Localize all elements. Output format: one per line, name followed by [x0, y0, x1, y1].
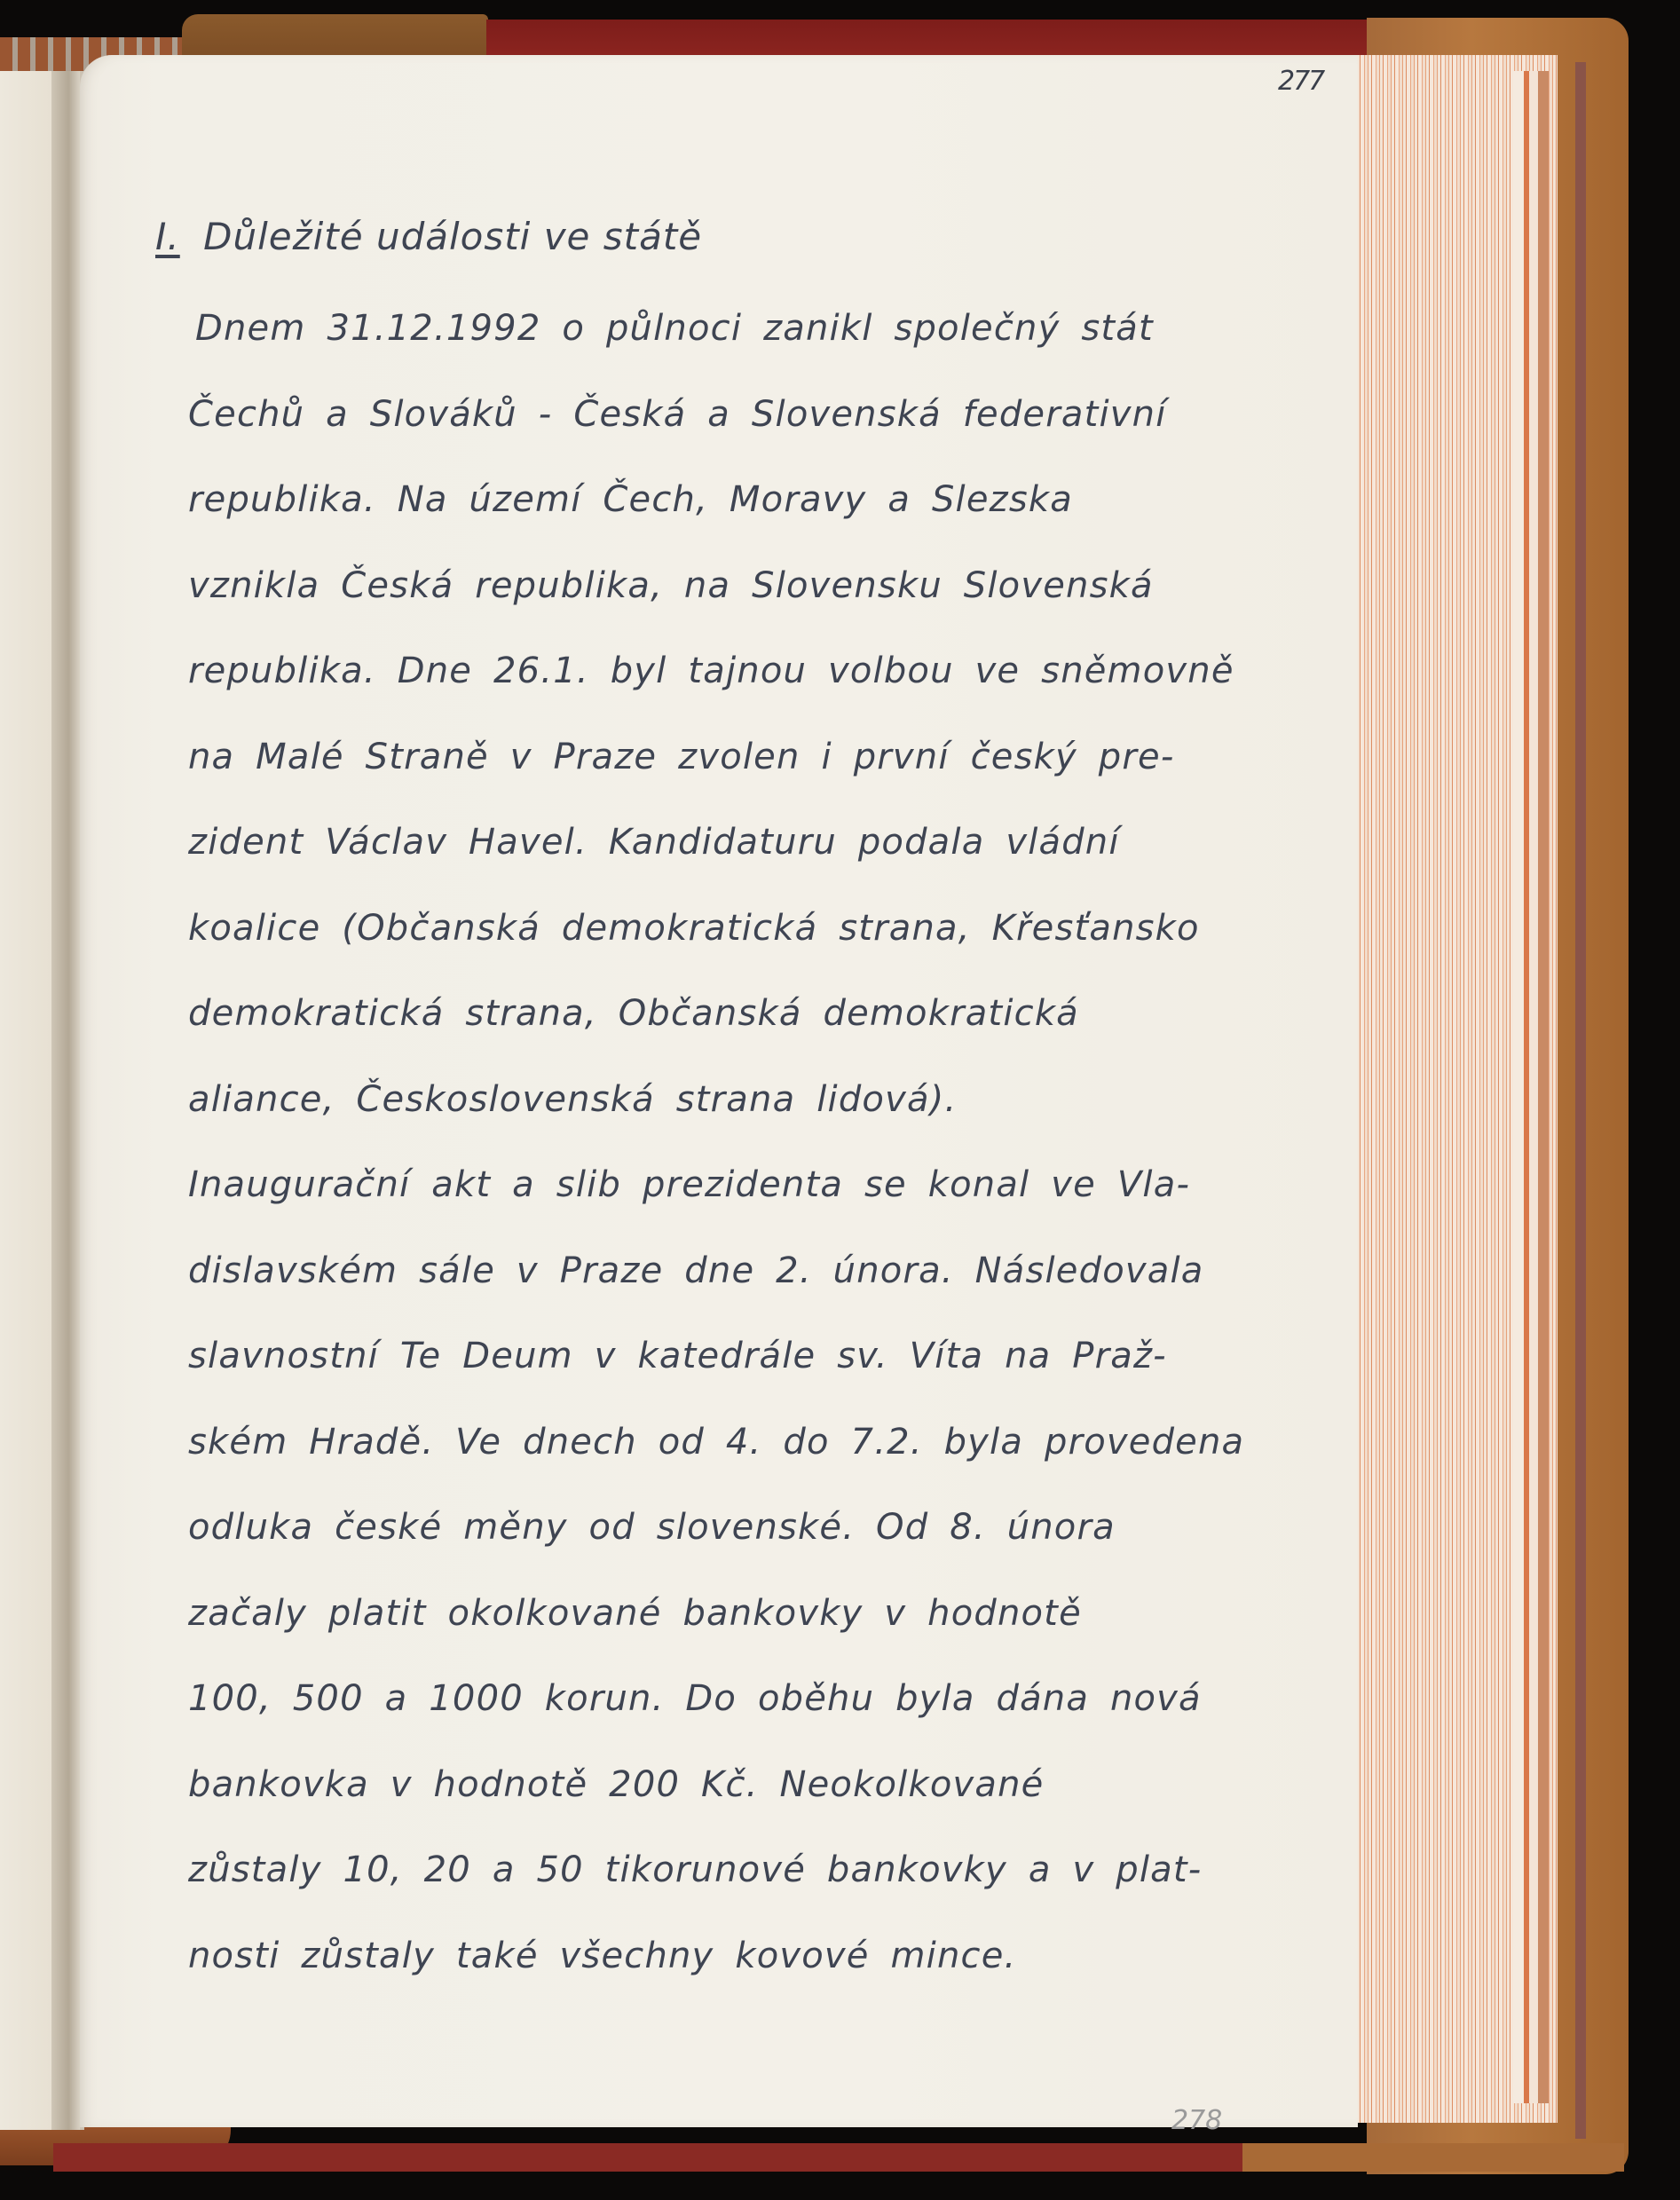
text-line: na Malé Straně v Praze zvolen i první če… [188, 730, 1225, 816]
text-line: nosti zůstaly také všechny kovové mince. [188, 1929, 1225, 2015]
text-line: 100, 500 a 1000 korun. Do oběhu byla dán… [188, 1672, 1225, 1758]
text-line: koalice (Občanská demokratická strana, K… [188, 902, 1225, 988]
handwritten-body: Dnem 31.12.1992 o půlnoci zanikl společn… [195, 302, 1225, 2015]
text-line: bankovka v hodnotě 200 Kč. Neokolkované [188, 1758, 1225, 1844]
book-cover-bottom-red-leather [53, 2143, 1260, 2172]
text-line: Čechů a Slováků - Česká a Slovenská fede… [188, 388, 1225, 474]
text-line: aliance, Československá strana lidová). [188, 1073, 1225, 1159]
section-number: I. [155, 215, 180, 258]
text-line: zident Václav Havel. Kandidaturu podala … [188, 816, 1225, 902]
text-line: Inaugurační akt a slib prezidenta se kon… [188, 1158, 1225, 1244]
text-line: republika. Dne 26.1. byl tajnou volbou v… [188, 644, 1225, 730]
text-line: republika. Na území Čech, Moravy a Slezs… [188, 473, 1225, 559]
text-line: ském Hradě. Ve dnech od 4. do 7.2. byla … [188, 1415, 1225, 1502]
book-cover-bottom-leather [1242, 2143, 1624, 2172]
text-line: začaly platit okolkované bankovky v hodn… [188, 1587, 1225, 1673]
text-line: vznikla Česká republika, na Slovensku Sl… [188, 559, 1225, 645]
pencil-folio-mark: 278 [1171, 2105, 1222, 2136]
text-line: odluka české měny od slovenské. Od 8. ún… [188, 1501, 1225, 1587]
text-line: demokratická strana, Občanská demokratic… [188, 987, 1225, 1073]
text-line: slavnostní Te Deum v katedrále sv. Víta … [188, 1329, 1225, 1415]
text-line: zůstaly 10, 20 a 50 tikorunové bankovky … [188, 1843, 1225, 1929]
text-line: Dnem 31.12.1992 o půlnoci zanikl společn… [195, 302, 1225, 388]
section-heading: I. Důležité události ve státě [155, 215, 702, 258]
page-number: 277 [1278, 66, 1323, 97]
section-title: Důležité události ve státě [203, 215, 702, 258]
text-line: dislavském sále v Praze dne 2. února. Ná… [188, 1244, 1225, 1330]
page-edges-inner [1513, 71, 1549, 2103]
book-gutter [51, 71, 80, 2130]
cover-inner-edge [1575, 62, 1586, 2139]
